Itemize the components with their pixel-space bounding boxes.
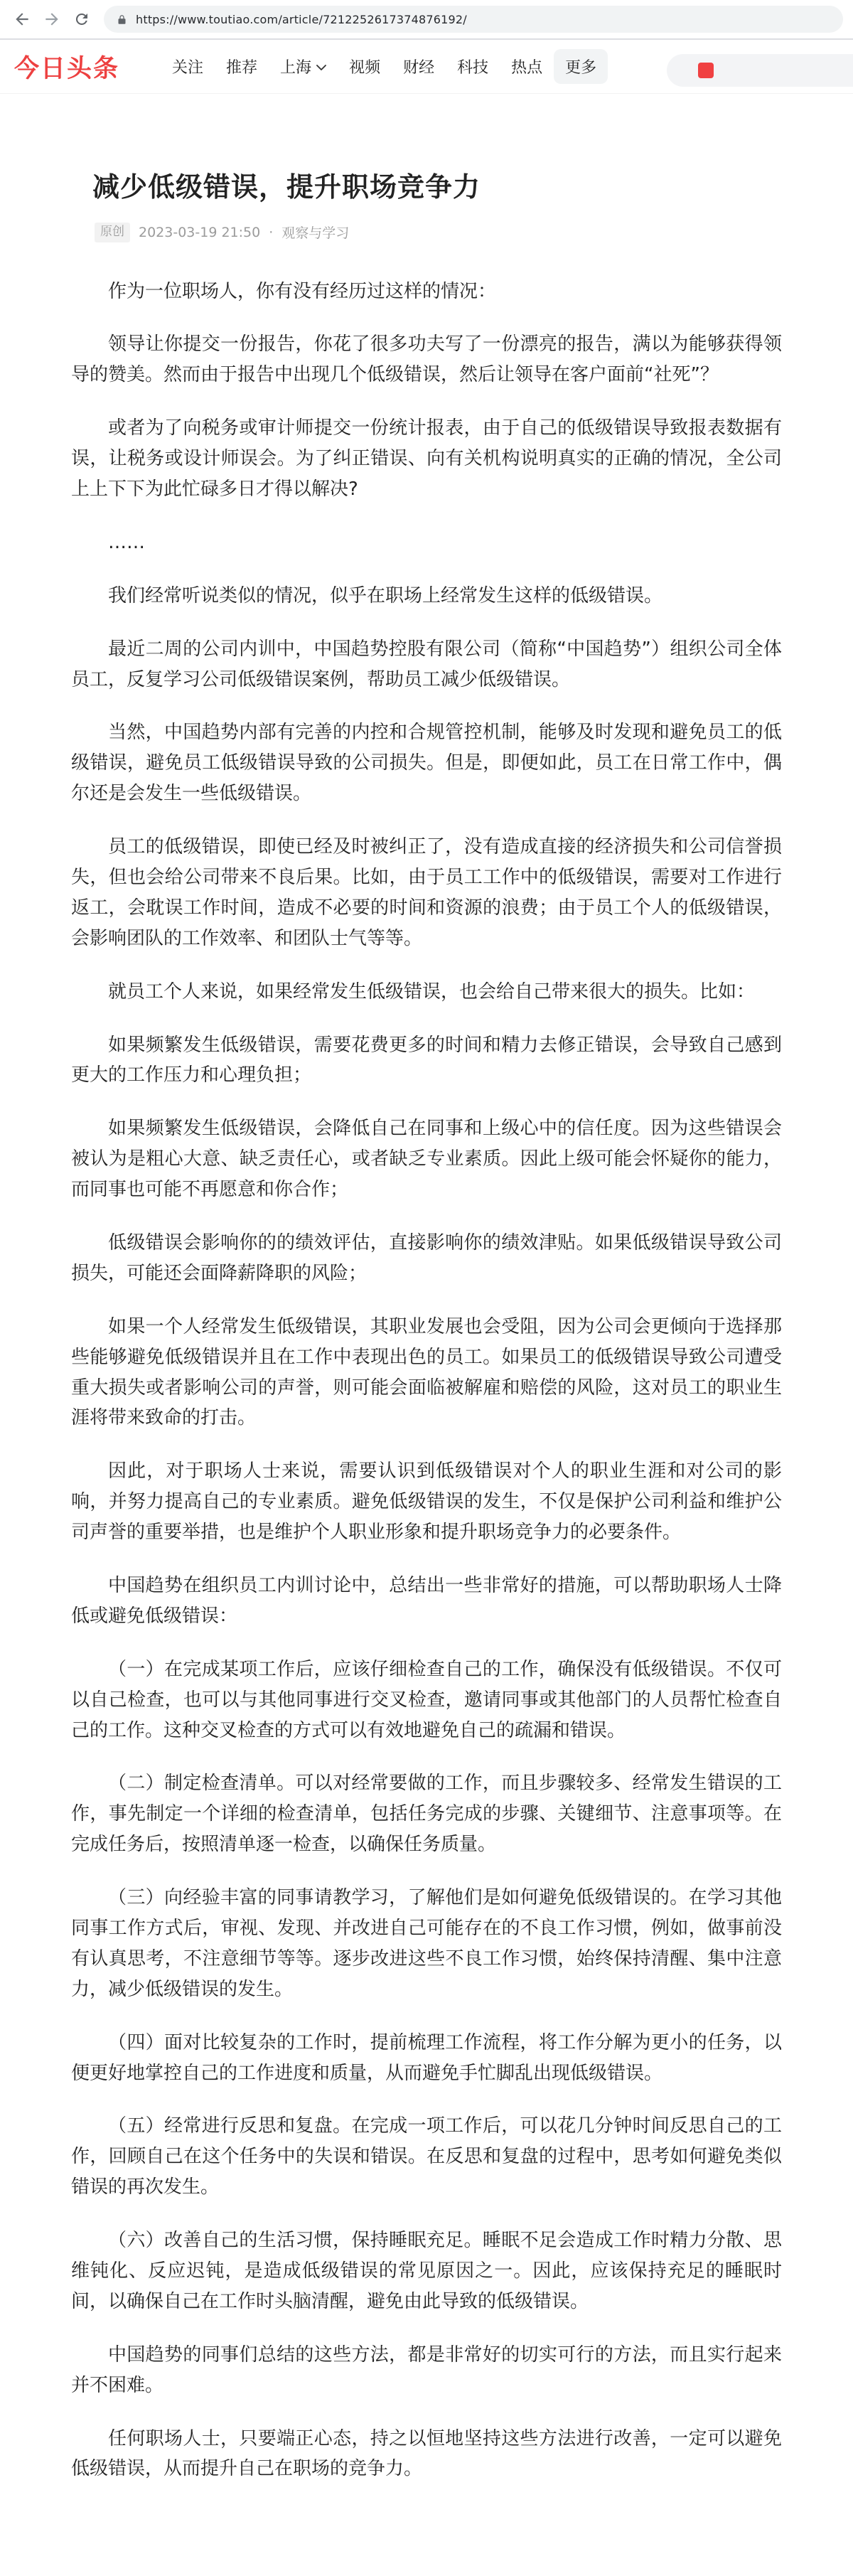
nav-item-more[interactable]: 更多	[554, 49, 608, 84]
paragraph: 中国趋势的同事们总结的这些方法，都是非常好的切实可行的方法，而且实行起来并不困难…	[71, 2340, 782, 2401]
nav-label: 热点	[511, 55, 542, 78]
paragraph: （二）制定检查清单。可以对经常要做的工作，而且步骤较多、经常发生错误的工作，事先…	[71, 1768, 782, 1860]
nav-label: 财经	[403, 55, 434, 78]
page-title: 减少低级错误，提升职场竞争力	[92, 165, 782, 204]
paragraph: （四）面对比较复杂的工作时，提前梳理工作流程，将工作分解为更小的任务，以便更好地…	[71, 2028, 782, 2089]
chevron-down-icon	[316, 65, 326, 71]
search-input[interactable]	[667, 54, 853, 87]
paragraph: 就员工个人来说，如果经常发生低级错误，也会给自己带来很大的损失。比如：	[71, 977, 782, 1008]
url-bar[interactable]: https://www.toutiao.com/article/72122526…	[104, 6, 843, 33]
nav-label: 关注	[172, 55, 203, 78]
paragraph: 因此，对于职场人士来说，需要认识到低级错误对个人的职业生涯和对公司的影响，并努力…	[71, 1456, 782, 1548]
nav-label: 推荐	[226, 55, 257, 78]
paragraph: 低级错误会影响你的的绩效评估，直接影响你的绩效津贴。如果低级错误导致公司损失，可…	[71, 1228, 782, 1289]
paragraph: （三）向经验丰富的同事请教学习，了解他们是如何避免低级错误的。在学习其他同事工作…	[71, 1883, 782, 2005]
article: 减少低级错误，提升职场竞争力 原创 2023-03-19 21:50 · 观察与…	[71, 165, 782, 2537]
nav-label: 视频	[349, 55, 380, 78]
nav-item-hot[interactable]: 热点	[500, 49, 554, 84]
forward-button[interactable]	[37, 4, 67, 34]
main-nav: 关注 推荐 上海 视频 财经 科技 热点 更多	[161, 49, 608, 84]
nav-item-finance[interactable]: 财经	[392, 49, 446, 84]
paragraph: （一）在完成某项工作后，应该仔细检查自己的工作，确保没有低级错误。不仅可以自己检…	[71, 1655, 782, 1746]
paragraph: 如果一个人经常发生低级错误，其职业发展也会受阻，因为公司会更倾向于选择那些能够避…	[71, 1312, 782, 1434]
nav-label: 更多	[565, 55, 596, 78]
nav-item-city[interactable]: 上海	[269, 49, 338, 84]
paragraph: 中国趋势在组织员工内训讨论中，总结出一些非常好的措施，可以帮助职场人士降低或避免…	[71, 1571, 782, 1632]
paragraph: ……	[71, 528, 782, 558]
original-badge: 原创	[95, 223, 130, 242]
forward-arrow-icon	[43, 10, 61, 28]
lock-icon[interactable]	[117, 14, 127, 25]
paragraph: 任何职场人士，只要端正心态，持之以恒地坚持这些方法进行改善，一定可以避免低级错误…	[71, 2424, 782, 2485]
reload-button[interactable]	[67, 4, 97, 34]
site-header: 今日头条 关注 推荐 上海 视频 财经 科技 热点 更多	[0, 40, 853, 94]
nav-item-recommend[interactable]: 推荐	[215, 49, 269, 84]
paragraph: 如果频繁发生低级错误，会降低自己在同事和上级心中的信任度。因为这些错误会被认为是…	[71, 1113, 782, 1205]
nav-label: 科技	[457, 55, 488, 78]
meta-separator: ·	[269, 225, 273, 240]
hot-badge-icon	[698, 63, 714, 78]
browser-chrome: https://www.toutiao.com/article/72122526…	[0, 0, 853, 40]
reload-icon	[73, 11, 90, 28]
publish-datetime: 2023-03-19 21:50	[139, 225, 260, 240]
toutiao-logo[interactable]: 今日头条	[14, 49, 119, 85]
back-button[interactable]	[7, 4, 37, 34]
article-meta: 原创 2023-03-19 21:50 · 观察与学习	[95, 223, 782, 242]
paragraph: 最近二周的公司内训中，中国趋势控股有限公司（简称“中国趋势”）组织公司全体员工，…	[71, 634, 782, 695]
url-text: https://www.toutiao.com/article/72122526…	[136, 13, 467, 26]
back-arrow-icon	[13, 10, 31, 28]
paragraph: 我们经常听说类似的情况，似乎在职场上经常发生这样的低级错误。	[71, 581, 782, 611]
paragraph: （五）经常进行反思和复盘。在完成一项工作后，可以花几分钟时间反思自己的工作，回顾…	[71, 2111, 782, 2203]
paragraph: 如果频繁发生低级错误，需要花费更多的时间和精力去修正错误，会导致自己感到更大的工…	[71, 1030, 782, 1091]
paragraph: （六）改善自己的生活习惯，保持睡眠充足。睡眠不足会造成工作时精力分散、思维钝化、…	[71, 2225, 782, 2317]
paragraph: 作为一位职场人，你有没有经历过这样的情况：	[71, 277, 782, 307]
nav-item-follow[interactable]: 关注	[161, 49, 215, 84]
paragraph: 领导让你提交一份报告，你花了很多功夫写了一份漂亮的报告，满以为能够获得领导的赞美…	[71, 329, 782, 390]
nav-label: 上海	[280, 55, 311, 78]
author-name[interactable]: 观察与学习	[281, 223, 349, 242]
paragraph: 当然，中国趋势内部有完善的内控和合规管控机制，能够及时发现和避免员工的低级错误，…	[71, 717, 782, 809]
article-content: 作为一位职场人，你有没有经历过这样的情况： 领导让你提交一份报告，你花了很多功夫…	[71, 277, 782, 2485]
nav-item-tech[interactable]: 科技	[446, 49, 500, 84]
nav-item-video[interactable]: 视频	[338, 49, 392, 84]
paragraph: 员工的低级错误，即使已经及时被纠正了，没有造成直接的经济损失和公司信誉损失，但也…	[71, 832, 782, 954]
paragraph: 或者为了向税务或审计师提交一份统计报表，由于自己的低级错误导致报表数据有误，让税…	[71, 413, 782, 505]
